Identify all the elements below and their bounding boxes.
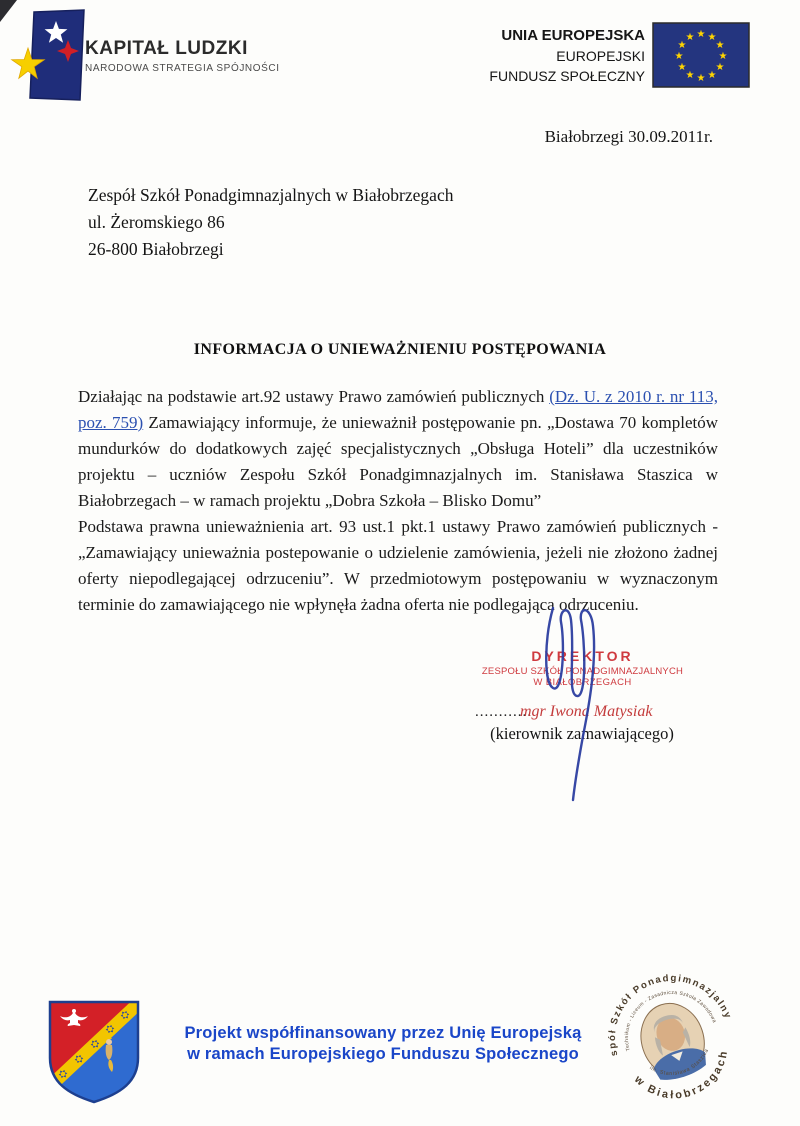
document-title: INFORMACJA O UNIEWAŻNIENIU POSTĘPOWANIA	[0, 341, 800, 359]
date-line: Białobrzegi 30.09.2011r.	[545, 127, 713, 147]
letter-body: Działając na podstawie art.92 ustawy Pra…	[78, 384, 718, 618]
cofinancing-line-2: w ramach Europejskiego Funduszu Społeczn…	[140, 1044, 626, 1065]
svg-text:★: ★	[675, 51, 684, 62]
cofinancing-line-1: Projekt współfinansowany przez Unię Euro…	[140, 1023, 626, 1044]
director-stamp: DYREKTOR ZESPOŁU SZKÓŁ PONADGIMNAZJALNYC…	[455, 648, 710, 688]
recipient-address: Zespół Szkół Ponadgimnazjalnych w Białob…	[88, 182, 453, 263]
eu-line2: EUROPEJSKI	[440, 46, 645, 66]
kapital-ludzki-subtitle: NARODOWA STRATEGIA SPÓJNOŚCI	[85, 63, 280, 74]
svg-text:★: ★	[719, 51, 728, 62]
eu-line1: UNIA EUROPEJSKA	[440, 26, 645, 46]
eu-flag-icon: ★ ★ ★ ★ ★ ★ ★ ★ ★ ★ ★ ★	[652, 22, 750, 88]
paragraph-1: Działając na podstawie art.92 ustawy Pra…	[78, 384, 718, 514]
svg-text:★: ★	[716, 40, 725, 51]
paragraph-1-start: Działając na podstawie art.92 ustawy Pra…	[78, 387, 549, 406]
coat-of-arms-icon	[46, 998, 142, 1106]
signature-line: ............mgr Iwona Matysiak	[475, 703, 652, 721]
svg-text:★: ★	[686, 70, 695, 81]
address-line-3: 26-800 Białobrzegi	[88, 236, 453, 263]
svg-text:★: ★	[716, 62, 725, 73]
svg-text:★: ★	[678, 62, 687, 73]
kapital-ludzki-logo-icon	[8, 8, 90, 102]
eu-line3: FUNDUSZ SPOŁECZNY	[440, 66, 645, 86]
stamp-org-line: ZESPOŁU SZKÓŁ PONADGIMNAZJALNYCH	[455, 666, 710, 677]
svg-text:★: ★	[697, 29, 706, 40]
stamp-city-line: W BIAŁOBRZEGACH	[455, 677, 710, 688]
kapital-ludzki-title: KAPITAŁ LUDZKI	[85, 38, 280, 60]
stamp-title: DYREKTOR	[455, 648, 710, 664]
kapital-ludzki-wordmark: KAPITAŁ LUDZKI NARODOWA STRATEGIA SPÓJNO…	[85, 38, 280, 74]
svg-text:★: ★	[697, 73, 706, 84]
address-line-2: ul. Żeromskiego 86	[88, 209, 453, 236]
eu-wordmark: UNIA EUROPEJSKA EUROPEJSKI FUNDUSZ SPOŁE…	[440, 26, 645, 86]
signer-role: (kierownik zamawiającego)	[477, 724, 687, 744]
svg-text:★: ★	[708, 70, 717, 81]
signer-name: mgr Iwona Matysiak	[520, 703, 652, 720]
handwritten-signature-icon	[523, 594, 623, 806]
paragraph-1-rest: Zamawiający informuje, że unieważnił pos…	[78, 413, 718, 510]
scanned-letter-page: KAPITAŁ LUDZKI NARODOWA STRATEGIA SPÓJNO…	[0, 0, 800, 1126]
cofinancing-note: Projekt współfinansowany przez Unię Euro…	[140, 1023, 626, 1065]
svg-text:★: ★	[686, 32, 695, 43]
paragraph-2: Podstawa prawna unieważnienia art. 93 us…	[78, 514, 718, 618]
school-seal-icon: Zespół Szkół Ponadgimnazjalnych w Białob…	[596, 962, 748, 1114]
address-line-1: Zespół Szkół Ponadgimnazjalnych w Białob…	[88, 182, 453, 209]
